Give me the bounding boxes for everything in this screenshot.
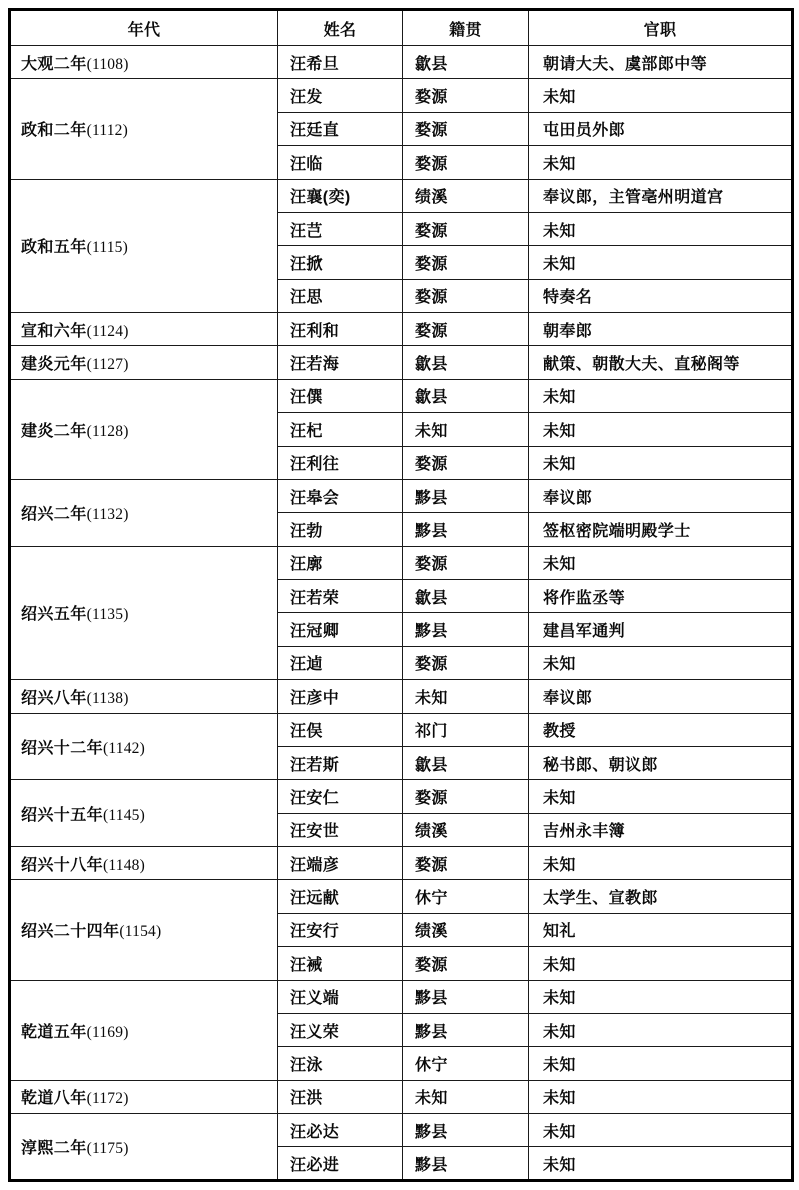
era-label: 淳熙二年	[21, 1140, 87, 1157]
era-year: (1142)	[103, 740, 145, 757]
office-cell: 太学生、宣教郎	[529, 880, 793, 913]
native-place-cell: 歙县	[403, 46, 529, 79]
office-cell: 未知	[529, 1013, 793, 1046]
office-cell: 奉议郎	[529, 680, 793, 713]
era-year: (1108)	[87, 56, 129, 73]
office-cell: 未知	[529, 1080, 793, 1113]
native-place-cell: 婺源	[403, 246, 529, 279]
era-year: (1128)	[87, 423, 129, 440]
name-cell: 汪勃	[278, 513, 403, 546]
name-cell: 汪泳	[278, 1047, 403, 1080]
office-cell: 特奏名	[529, 279, 793, 312]
era-year: (1127)	[87, 356, 129, 373]
office-cell: 未知	[529, 446, 793, 479]
name-cell: 汪俣	[278, 713, 403, 746]
office-cell: 献策、朝散大夫、直秘阁等	[529, 346, 793, 379]
era-year: (1148)	[103, 857, 145, 874]
native-place-cell: 绩溪	[403, 179, 529, 212]
table-header-row: 年代 姓名 籍贯 官职	[10, 10, 793, 46]
era-label: 建炎元年	[21, 356, 87, 373]
era-cell: 绍兴十八年(1148)	[10, 847, 278, 880]
name-cell: 汪彦中	[278, 680, 403, 713]
era-label: 绍兴二年	[21, 506, 87, 523]
table-row: 政和二年(1112)汪发婺源未知	[10, 79, 793, 112]
era-cell: 淳熙二年(1175)	[10, 1114, 278, 1181]
table-row: 大观二年(1108)汪希旦歙县朝请大夫、虞部郎中等	[10, 46, 793, 79]
col-header-native: 籍贯	[403, 10, 529, 46]
era-cell: 绍兴五年(1135)	[10, 546, 278, 680]
name-cell: 汪若海	[278, 346, 403, 379]
office-cell: 未知	[529, 947, 793, 980]
native-place-cell: 休宁	[403, 1047, 529, 1080]
native-place-cell: 婺源	[403, 146, 529, 179]
era-label: 绍兴十八年	[21, 857, 103, 874]
office-cell: 未知	[529, 79, 793, 112]
office-cell: 奉议郎，主管亳州明道宫	[529, 179, 793, 212]
name-cell: 汪若斯	[278, 746, 403, 779]
table-row: 政和五年(1115)汪襄(奕)绩溪奉议郎，主管亳州明道宫	[10, 179, 793, 212]
native-place-cell: 婺源	[403, 847, 529, 880]
native-place-cell: 婺源	[403, 79, 529, 112]
office-cell: 未知	[529, 1147, 793, 1181]
era-label: 乾道八年	[21, 1090, 87, 1107]
native-place-cell: 婺源	[403, 313, 529, 346]
office-cell: 未知	[529, 1114, 793, 1147]
native-place-cell: 歙县	[403, 746, 529, 779]
native-place-cell: 歙县	[403, 379, 529, 412]
era-year: (1132)	[87, 506, 129, 523]
era-label: 政和五年	[21, 239, 87, 256]
col-header-office: 官职	[529, 10, 793, 46]
name-cell: 汪远献	[278, 880, 403, 913]
office-cell: 朝请大夫、虞部郎中等	[529, 46, 793, 79]
era-label: 政和二年	[21, 122, 87, 139]
table-row: 绍兴五年(1135)汪廓婺源未知	[10, 546, 793, 579]
office-cell: 教授	[529, 713, 793, 746]
name-cell: 汪必达	[278, 1114, 403, 1147]
name-cell: 汪安世	[278, 813, 403, 846]
era-cell: 绍兴八年(1138)	[10, 680, 278, 713]
table-row: 乾道五年(1169)汪义端黟县未知	[10, 980, 793, 1013]
name-cell: 汪发	[278, 79, 403, 112]
native-place-cell: 婺源	[403, 112, 529, 145]
office-cell: 未知	[529, 212, 793, 245]
era-label: 绍兴八年	[21, 690, 87, 707]
name-cell: 汪思	[278, 279, 403, 312]
office-cell: 秘书郎、朝议郎	[529, 746, 793, 779]
name-cell: 汪利往	[278, 446, 403, 479]
native-place-cell: 黟县	[403, 479, 529, 512]
name-cell: 汪僎	[278, 379, 403, 412]
name-cell: 汪端彦	[278, 847, 403, 880]
native-place-cell: 未知	[403, 413, 529, 446]
native-place-cell: 黟县	[403, 980, 529, 1013]
name-cell: 汪安仁	[278, 780, 403, 813]
table-row: 建炎元年(1127)汪若海歙县献策、朝散大夫、直秘阁等	[10, 346, 793, 379]
era-cell: 宣和六年(1124)	[10, 313, 278, 346]
name-cell: 汪义端	[278, 980, 403, 1013]
table-row: 绍兴二十四年(1154)汪远献休宁太学生、宣教郎	[10, 880, 793, 913]
table-row: 绍兴二年(1132)汪皋会黟县奉议郎	[10, 479, 793, 512]
table-row: 宣和六年(1124)汪利和婺源朝奉郎	[10, 313, 793, 346]
name-cell: 汪安行	[278, 913, 403, 946]
office-cell: 未知	[529, 546, 793, 579]
native-place-cell: 黟县	[403, 1114, 529, 1147]
era-cell: 建炎二年(1128)	[10, 379, 278, 479]
name-cell: 汪襄(奕)	[278, 179, 403, 212]
native-place-cell: 黟县	[403, 513, 529, 546]
table-body: 大观二年(1108)汪希旦歙县朝请大夫、虞部郎中等政和二年(1112)汪发婺源未…	[10, 46, 793, 1181]
native-place-cell: 婺源	[403, 546, 529, 579]
native-place-cell: 黟县	[403, 1147, 529, 1181]
era-year: (1138)	[87, 690, 129, 707]
era-label: 建炎二年	[21, 423, 87, 440]
table-row: 建炎二年(1128)汪僎歙县未知	[10, 379, 793, 412]
native-place-cell: 婺源	[403, 646, 529, 679]
era-year: (1172)	[87, 1090, 129, 1107]
name-cell: 汪廓	[278, 546, 403, 579]
name-cell: 汪利和	[278, 313, 403, 346]
office-cell: 未知	[529, 379, 793, 412]
era-cell: 大观二年(1108)	[10, 46, 278, 79]
name-cell: 汪掀	[278, 246, 403, 279]
era-label: 宣和六年	[21, 323, 87, 340]
native-place-cell: 歙县	[403, 580, 529, 613]
table-row: 绍兴十五年(1145)汪安仁婺源未知	[10, 780, 793, 813]
name-cell: 汪逌	[278, 646, 403, 679]
office-cell: 屯田员外郎	[529, 112, 793, 145]
era-label: 乾道五年	[21, 1024, 87, 1041]
era-year: (1154)	[119, 923, 161, 940]
name-cell: 汪芑	[278, 212, 403, 245]
native-place-cell: 未知	[403, 1080, 529, 1113]
native-place-cell: 黟县	[403, 1013, 529, 1046]
name-cell: 汪廷直	[278, 112, 403, 145]
native-place-cell: 婺源	[403, 446, 529, 479]
office-cell: 奉议郎	[529, 479, 793, 512]
name-cell: 汪必进	[278, 1147, 403, 1181]
col-header-name: 姓名	[278, 10, 403, 46]
native-place-cell: 婺源	[403, 780, 529, 813]
office-cell: 未知	[529, 1047, 793, 1080]
native-place-cell: 婺源	[403, 947, 529, 980]
name-cell: 汪冠卿	[278, 613, 403, 646]
era-label: 大观二年	[21, 56, 87, 73]
era-year: (1112)	[87, 122, 128, 139]
era-year: (1175)	[87, 1140, 129, 1157]
office-cell: 知礼	[529, 913, 793, 946]
era-label: 绍兴十二年	[21, 740, 103, 757]
era-label: 绍兴十五年	[21, 807, 103, 824]
office-cell: 建昌军通判	[529, 613, 793, 646]
era-year: (1115)	[87, 239, 128, 256]
era-year: (1169)	[87, 1024, 129, 1041]
office-cell: 未知	[529, 646, 793, 679]
office-cell: 将作监丞等	[529, 580, 793, 613]
name-cell: 汪义荣	[278, 1013, 403, 1046]
era-year: (1145)	[103, 807, 145, 824]
table-row: 绍兴八年(1138)汪彦中未知奉议郎	[10, 680, 793, 713]
name-cell: 汪若荣	[278, 580, 403, 613]
table-row: 绍兴十八年(1148)汪端彦婺源未知	[10, 847, 793, 880]
native-place-cell: 黟县	[403, 613, 529, 646]
office-cell: 未知	[529, 980, 793, 1013]
name-cell: 汪洪	[278, 1080, 403, 1113]
era-label: 绍兴五年	[21, 606, 87, 623]
era-year: (1124)	[87, 323, 129, 340]
native-place-cell: 未知	[403, 680, 529, 713]
name-cell: 汪裓	[278, 947, 403, 980]
office-cell: 签枢密院端明殿学士	[529, 513, 793, 546]
office-cell: 未知	[529, 246, 793, 279]
table-row: 乾道八年(1172)汪洪未知未知	[10, 1080, 793, 1113]
office-cell: 未知	[529, 146, 793, 179]
era-cell: 乾道八年(1172)	[10, 1080, 278, 1113]
era-year: (1135)	[87, 606, 129, 623]
col-header-era: 年代	[10, 10, 278, 46]
scanned-table-page: 年代 姓名 籍贯 官职 大观二年(1108)汪希旦歙县朝请大夫、虞部郎中等政和二…	[0, 0, 799, 1190]
office-cell: 吉州永丰簿	[529, 813, 793, 846]
native-place-cell: 绩溪	[403, 813, 529, 846]
office-cell: 未知	[529, 847, 793, 880]
name-cell: 汪临	[278, 146, 403, 179]
jinshi-table: 年代 姓名 籍贯 官职 大观二年(1108)汪希旦歙县朝请大夫、虞部郎中等政和二…	[8, 8, 794, 1182]
native-place-cell: 绩溪	[403, 913, 529, 946]
era-cell: 绍兴二年(1132)	[10, 479, 278, 546]
era-cell: 绍兴十五年(1145)	[10, 780, 278, 847]
era-cell: 绍兴二十四年(1154)	[10, 880, 278, 980]
era-label: 绍兴二十四年	[21, 923, 119, 940]
native-place-cell: 婺源	[403, 212, 529, 245]
office-cell: 未知	[529, 413, 793, 446]
office-cell: 未知	[529, 780, 793, 813]
native-place-cell: 婺源	[403, 279, 529, 312]
era-cell: 政和五年(1115)	[10, 179, 278, 313]
name-cell: 汪皋会	[278, 479, 403, 512]
era-cell: 乾道五年(1169)	[10, 980, 278, 1080]
native-place-cell: 休宁	[403, 880, 529, 913]
era-cell: 绍兴十二年(1142)	[10, 713, 278, 780]
name-cell: 汪希旦	[278, 46, 403, 79]
table-row: 绍兴十二年(1142)汪俣祁门教授	[10, 713, 793, 746]
era-cell: 建炎元年(1127)	[10, 346, 278, 379]
native-place-cell: 歙县	[403, 346, 529, 379]
table-row: 淳熙二年(1175)汪必达黟县未知	[10, 1114, 793, 1147]
name-cell: 汪杞	[278, 413, 403, 446]
native-place-cell: 祁门	[403, 713, 529, 746]
office-cell: 朝奉郎	[529, 313, 793, 346]
era-cell: 政和二年(1112)	[10, 79, 278, 179]
